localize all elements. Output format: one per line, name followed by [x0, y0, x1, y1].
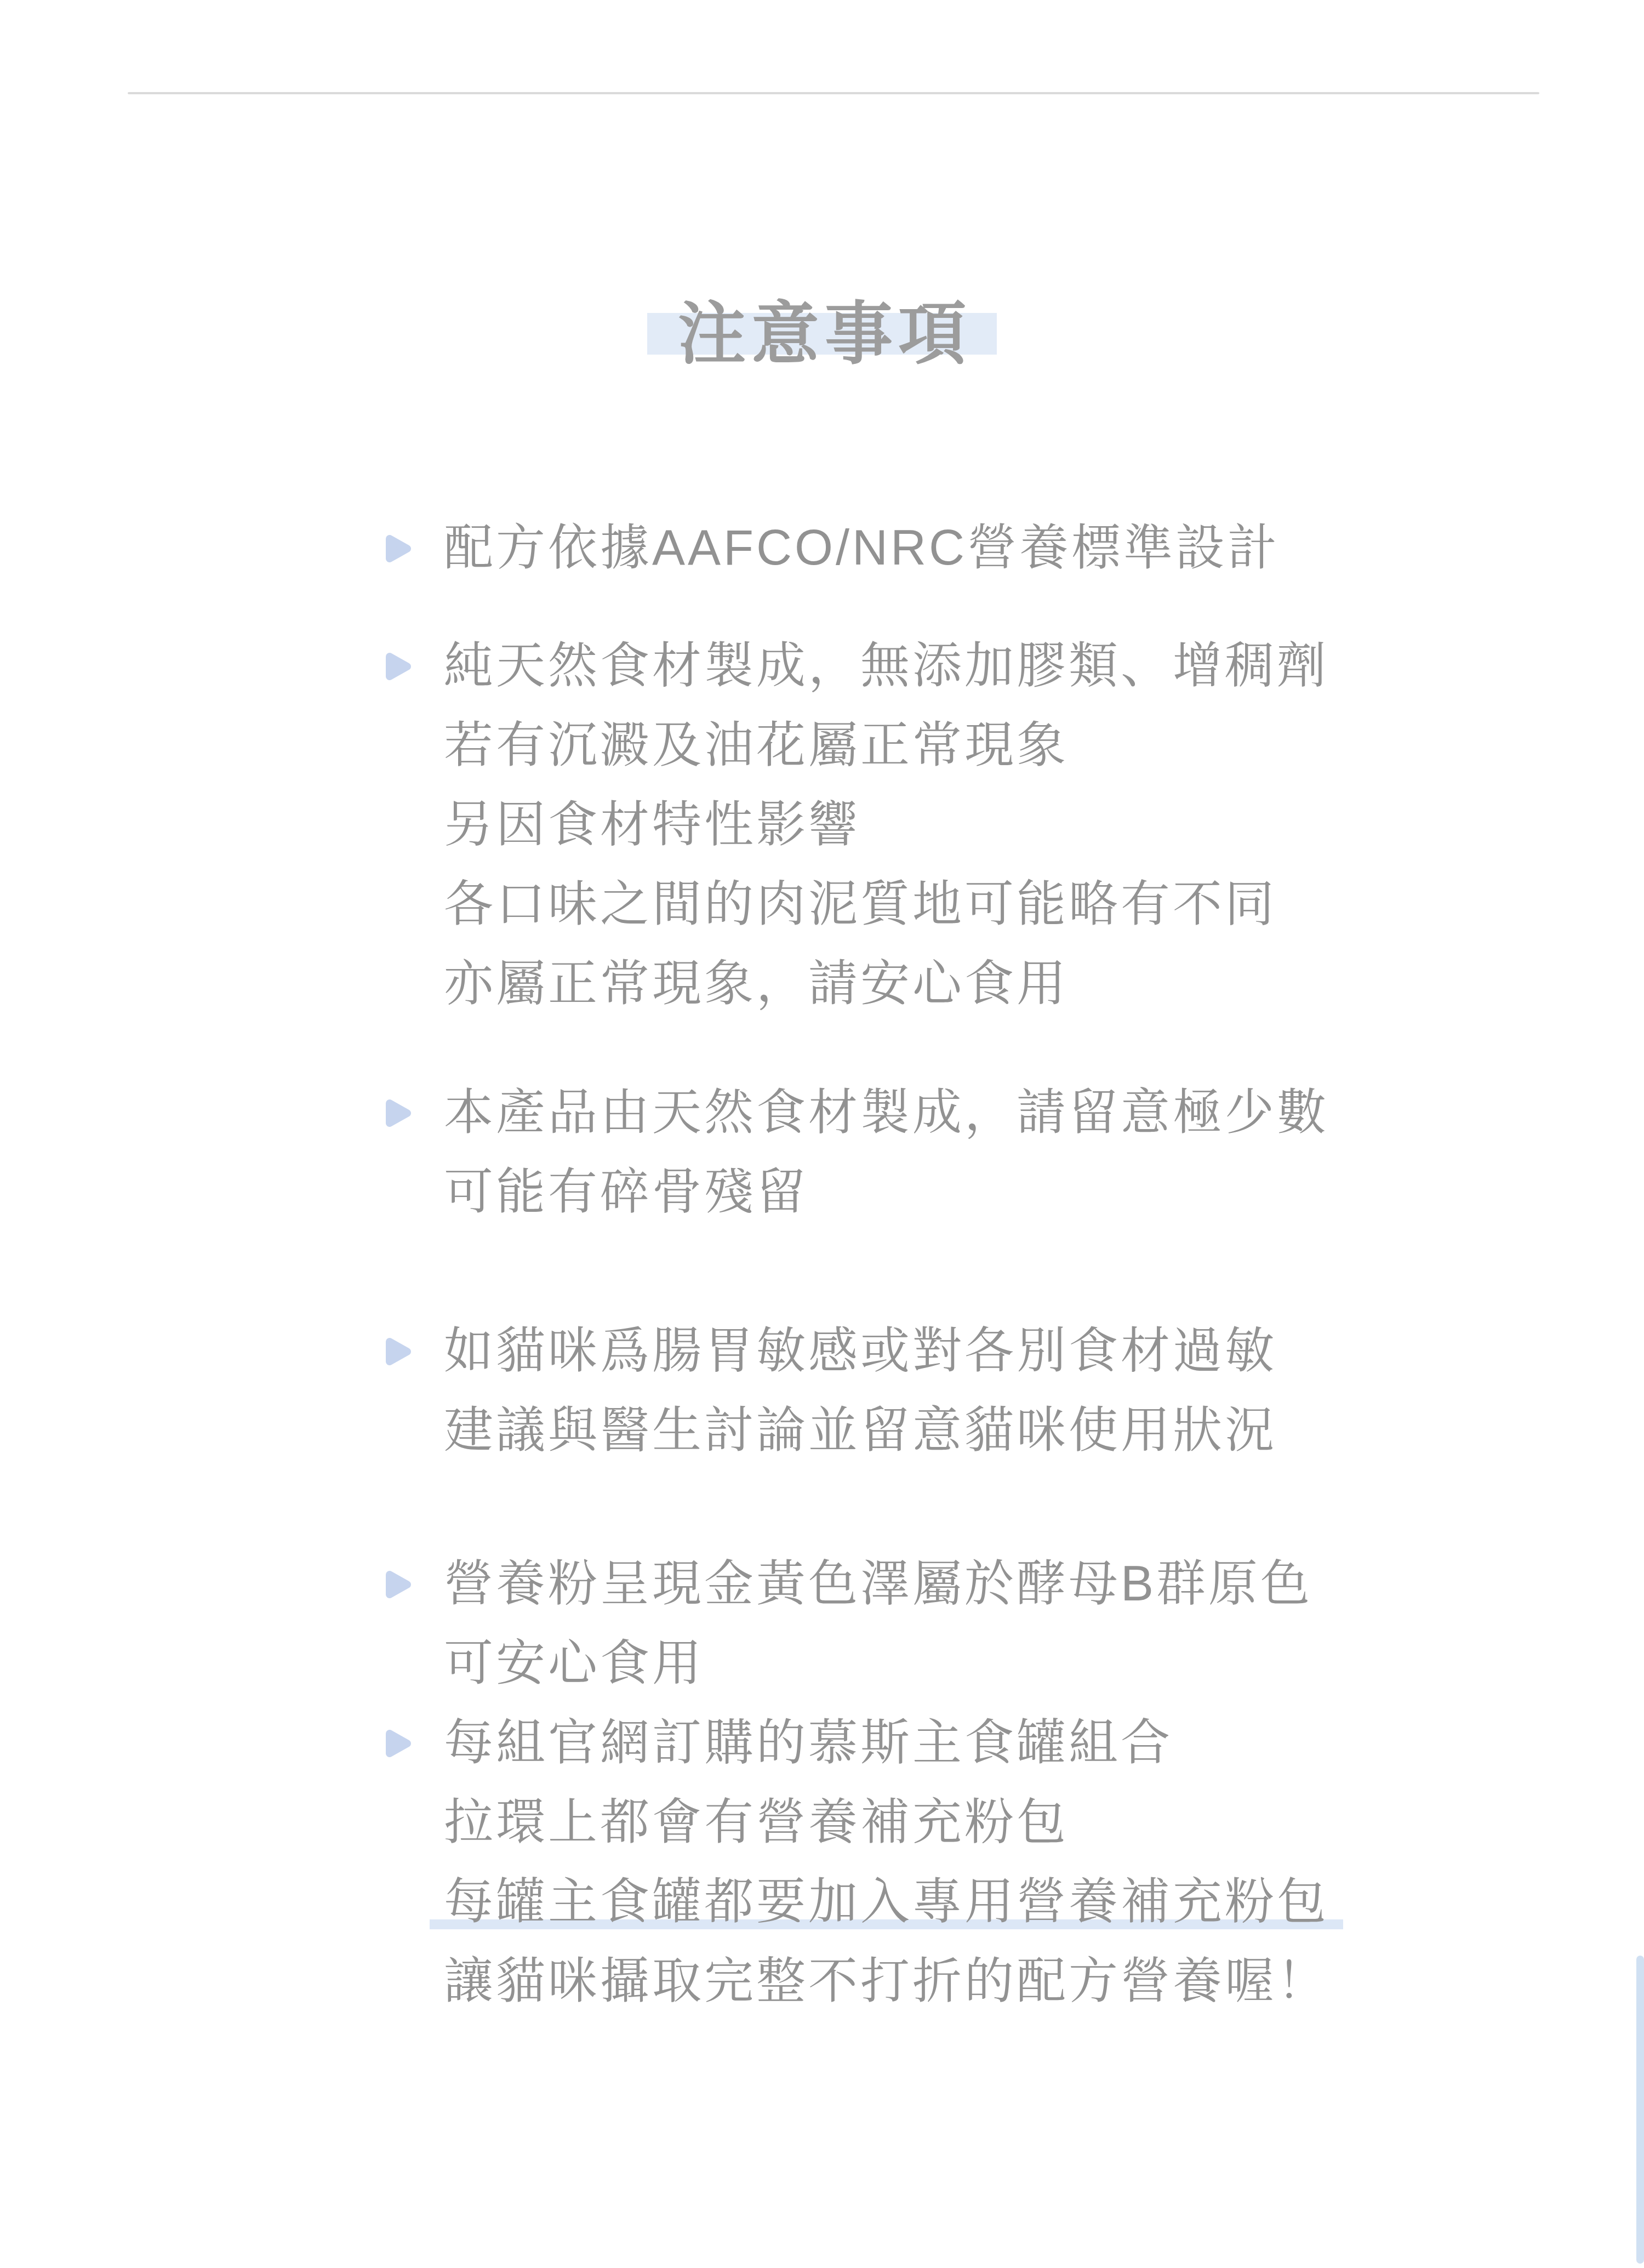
bullet-line: 如貓咪爲腸胃敏感或對各別食材過敏 [444, 1312, 1277, 1391]
bullet-line: 配方依據AAFCO/NRC營養標準設計 [444, 509, 1280, 588]
bullet-item: 每組官網訂購的慕斯主食罐組合 拉環上都會有營養補充粉包 每罐主食罐都要加入專用營… [384, 1703, 1343, 2021]
bullet-line: 營養粉呈現金黃色澤屬於酵母B群原色 [444, 1545, 1312, 1624]
play-triangle-icon [384, 1728, 413, 1759]
play-triangle-icon [384, 1097, 413, 1129]
bullet-line: 建議與醫生討論並留意貓咪使用狀況 [444, 1391, 1277, 1471]
page-title: 注意事項 [647, 293, 997, 375]
bullet-line: 可安心食用 [444, 1624, 1312, 1703]
bullet-line: 拉環上都會有營養補充粉包 [444, 1783, 1343, 1862]
bullet-item: 如貓咪爲腸胃敏感或對各別食材過敏 建議與醫生討論並留意貓咪使用狀況 [384, 1312, 1277, 1471]
highlight-band: 每罐主食罐都要加入專用營養補充粉包 [430, 1874, 1343, 1929]
bullet-item: 純天然食材製成，無添加膠類、增稠劑 若有沉澱及油花屬正常現象 另因食材特性影響 … [384, 626, 1329, 1024]
bullet-line: 若有沉澱及油花屬正常現象 [444, 706, 1329, 785]
play-triangle-icon [384, 651, 413, 682]
bullet-line: 亦屬正常現象，請安心食用 [444, 944, 1329, 1024]
play-triangle-icon [384, 1569, 413, 1600]
play-triangle-icon [384, 533, 413, 565]
notice-page: 注意事項 配方依據AAFCO/NRC營養標準設計 純天然食材製成，無添加膠類、增… [0, 0, 1644, 2268]
bullet-line: 各口味之間的肉泥質地可能略有不同 [444, 865, 1329, 944]
bullet-line: 讓貓咪攝取完整不打折的配方營養喔！ [444, 1942, 1343, 2021]
title-row: 注意事項 [0, 293, 1644, 375]
play-triangle-icon [384, 1336, 413, 1367]
bullet-item: 配方依據AAFCO/NRC營養標準設計 [384, 509, 1280, 588]
bullet-line: 純天然食材製成，無添加膠類、增稠劑 [444, 626, 1329, 706]
bullet-line: 另因食材特性影響 [444, 785, 1329, 865]
bullet-line: 可能有碎骨殘留 [444, 1153, 1329, 1232]
scrollbar-thumb[interactable] [1636, 1956, 1644, 2264]
bullet-line-highlighted: 每罐主食罐都要加入專用營養補充粉包 [444, 1862, 1343, 1942]
bullet-item: 本產品由天然食材製成，請留意極少數 可能有碎骨殘留 [384, 1073, 1329, 1232]
top-divider [128, 92, 1539, 94]
bullet-item: 營養粉呈現金黃色澤屬於酵母B群原色 可安心食用 [384, 1545, 1312, 1703]
bullet-line: 每組官網訂購的慕斯主食罐組合 [444, 1703, 1343, 1783]
bullet-line: 本產品由天然食材製成，請留意極少數 [444, 1073, 1329, 1153]
